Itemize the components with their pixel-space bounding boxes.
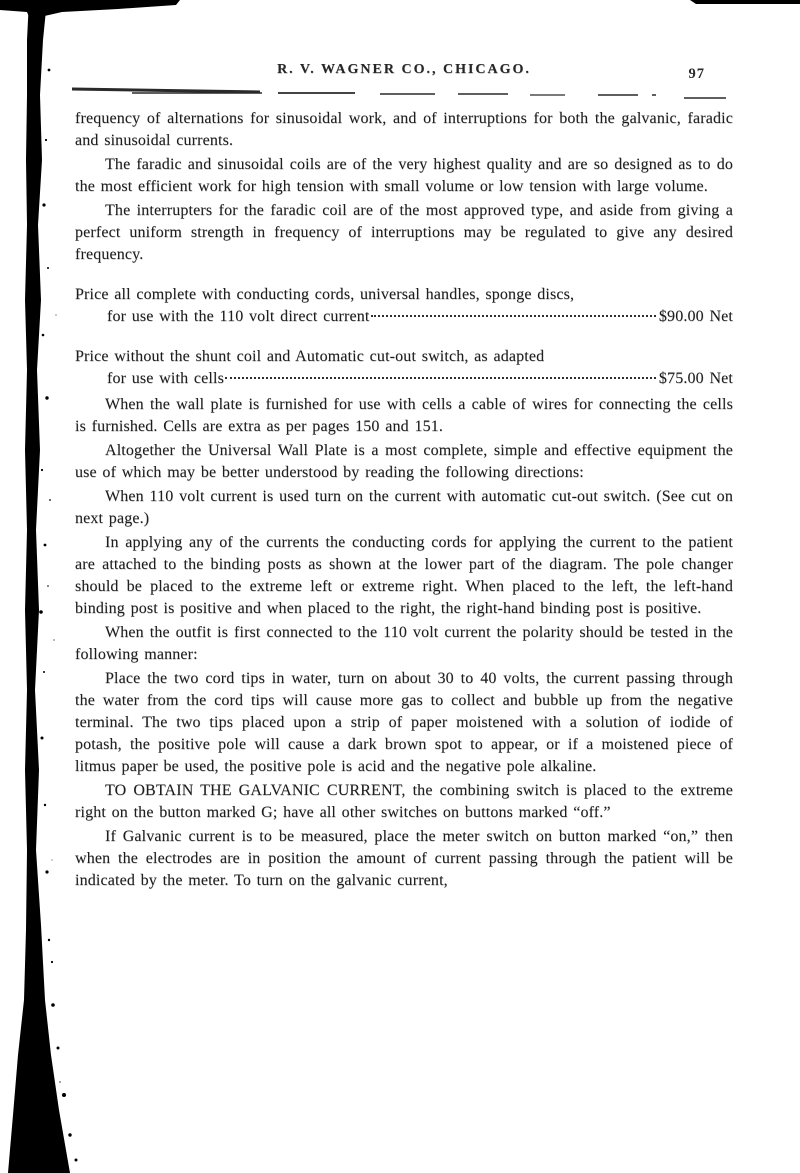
price-description: Price without the shunt coil and Automat… xyxy=(75,346,733,368)
price-value: $90.00 Net xyxy=(659,306,733,328)
dot-leader xyxy=(225,377,656,379)
paragraph: If Galvanic current is to be measured, p… xyxy=(75,826,733,892)
price-item: Price without the shunt coil and Automat… xyxy=(75,346,733,390)
price-subline: for use with the 110 volt direct current xyxy=(107,306,370,328)
paragraph: When the outfit is first connected to th… xyxy=(75,622,733,666)
scanned-book-page: R. V. WAGNER CO., CHICAGO. 97 frequency … xyxy=(0,0,800,1173)
price-value: $75.00 Net xyxy=(659,368,733,390)
price-item: Price all complete with conducting cords… xyxy=(75,284,733,328)
page-header: R. V. WAGNER CO., CHICAGO. 97 xyxy=(75,62,733,86)
page-number: 97 xyxy=(689,66,706,83)
paragraph: When 110 volt current is used turn on th… xyxy=(75,486,733,530)
paragraph: The faradic and sinusoidal coils are of … xyxy=(75,154,733,198)
dot-leader xyxy=(371,315,656,317)
price-subline-row: for use with the 110 volt direct current… xyxy=(107,306,733,328)
paragraph: Altogether the Universal Wall Plate is a… xyxy=(75,440,733,484)
paragraph: When the wall plate is furnished for use… xyxy=(75,394,733,438)
paragraph: Place the two cord tips in water, turn o… xyxy=(75,668,733,778)
paragraph: In applying any of the currents the cond… xyxy=(75,532,733,620)
price-subline-row: for use with cells$75.00 Net xyxy=(107,368,733,390)
paragraph: TO OBTAIN THE GALVANIC CURRENT, the comb… xyxy=(75,780,733,824)
page-title: R. V. WAGNER CO., CHICAGO. xyxy=(75,62,733,78)
price-description: Price all complete with conducting cords… xyxy=(75,284,733,306)
header-rule xyxy=(62,84,738,102)
page-body: frequency of alternations for sinusoidal… xyxy=(75,108,733,894)
price-subline: for use with cells xyxy=(107,368,224,390)
paragraph: The interrupters for the faradic coil ar… xyxy=(75,200,733,266)
paragraph: frequency of alternations for sinusoidal… xyxy=(75,108,733,152)
